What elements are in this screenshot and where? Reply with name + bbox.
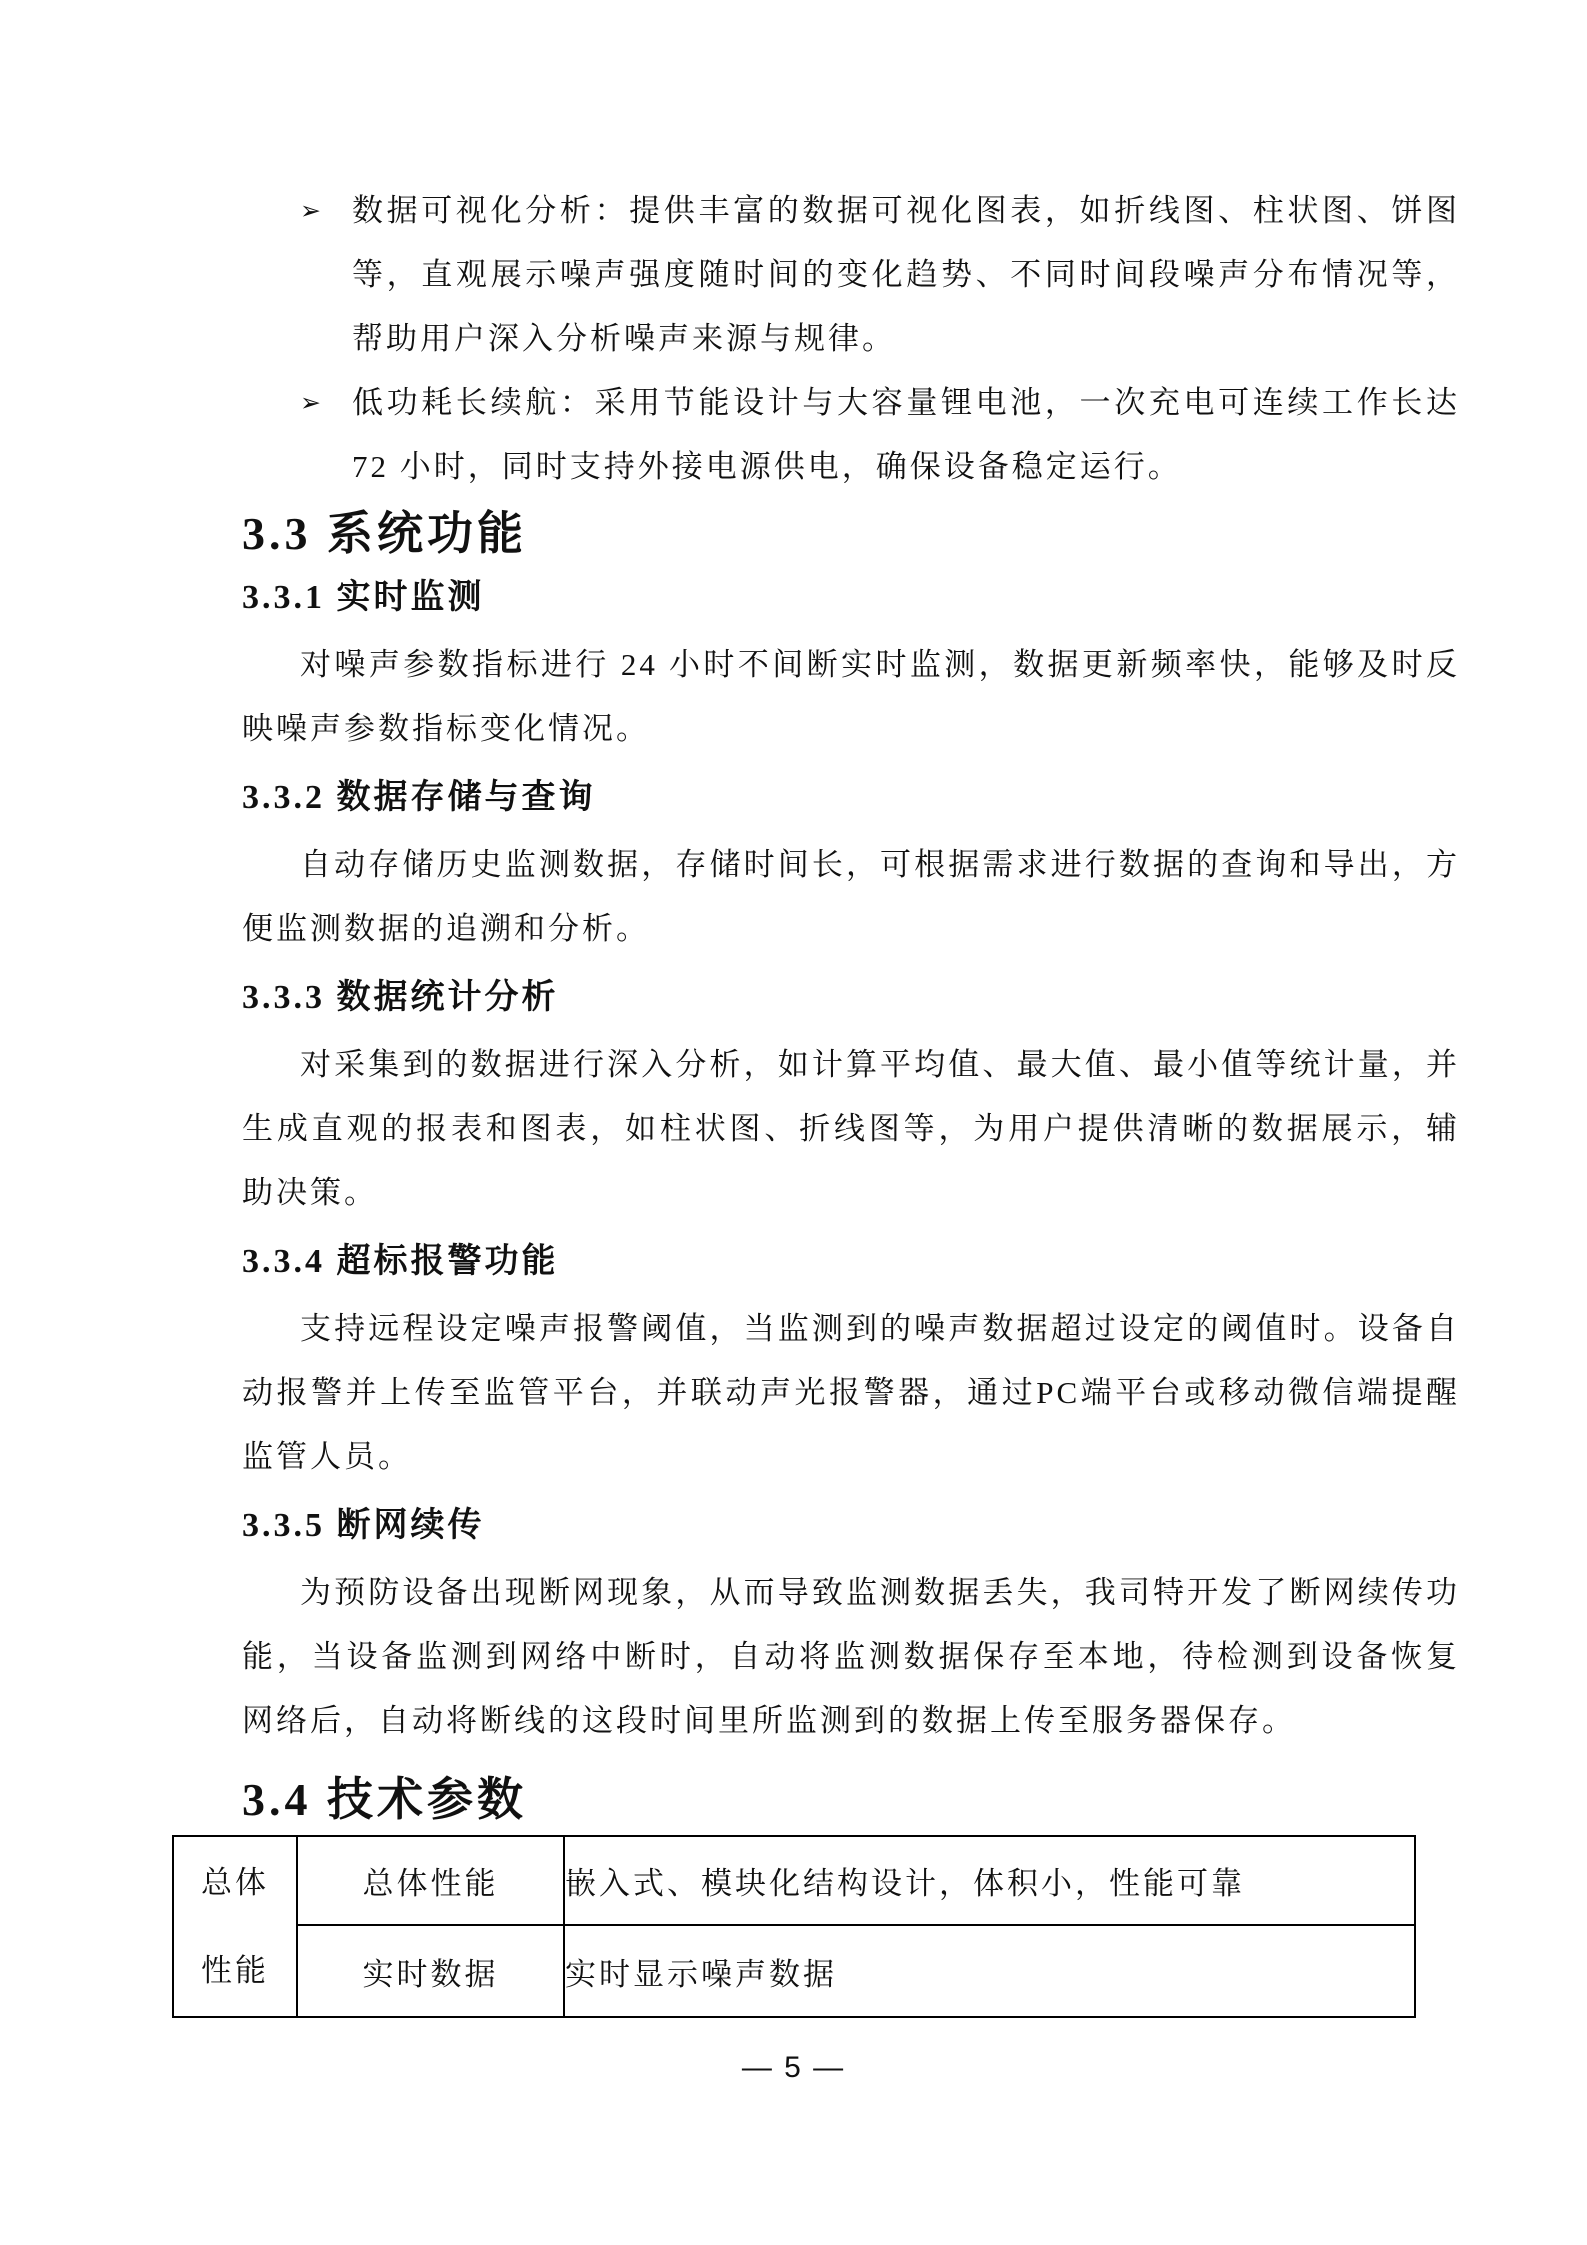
- list-item: ➢ 数据可视化分析：提供丰富的数据可视化图表，如折线图、柱状图、饼图等，直观展示…: [300, 179, 1460, 371]
- tech-params-table: 总体性能 总体性能 嵌入式、模块化结构设计，体积小，性能可靠 实时数据 实时显示…: [172, 1835, 1416, 2018]
- paragraph-3-3-3: 对采集到的数据进行深入分析，如计算平均值、最大值、最小值等统计量，并生成直观的报…: [242, 1033, 1460, 1225]
- bullet-text: 低功耗长续航：采用节能设计与大容量锂电池，一次充电可连续工作长达 72 小时，同…: [352, 371, 1460, 499]
- list-item: ➢ 低功耗长续航：采用节能设计与大容量锂电池，一次充电可连续工作长达 72 小时…: [300, 371, 1460, 499]
- table-value-cell: 嵌入式、模块化结构设计，体积小，性能可靠: [564, 1836, 1415, 1925]
- table-value-cell: 实时显示噪声数据: [564, 1925, 1415, 2017]
- bullet-text: 数据可视化分析：提供丰富的数据可视化图表，如折线图、柱状图、饼图等，直观展示噪声…: [352, 179, 1460, 371]
- paragraph-3-3-2: 自动存储历史监测数据，存储时间长，可根据需求进行数据的查询和导出，方便监测数据的…: [242, 833, 1460, 961]
- table-label-cell: 总体性能: [297, 1836, 564, 1925]
- arrow-bullet-icon: ➢: [300, 179, 352, 243]
- paragraph-3-3-1: 对噪声参数指标进行 24 小时不间断实时监测，数据更新频率快，能够及时反映噪声参…: [242, 633, 1460, 761]
- subsection-heading-3-3-4: 3.3.4 超标报警功能: [242, 1239, 1460, 1285]
- paragraph-3-3-4: 支持远程设定噪声报警阈值，当监测到的噪声数据超过设定的阈值时。设备自动报警并上传…: [242, 1297, 1460, 1489]
- table-label-cell: 实时数据: [297, 1925, 564, 2017]
- subsection-heading-3-3-1: 3.3.1 实时监测: [242, 575, 1460, 621]
- arrow-bullet-icon: ➢: [300, 371, 352, 435]
- page-content: ➢ 数据可视化分析：提供丰富的数据可视化图表，如折线图、柱状图、饼图等，直观展示…: [242, 179, 1460, 2018]
- table-row: 总体性能 总体性能 嵌入式、模块化结构设计，体积小，性能可靠: [173, 1836, 1415, 1925]
- section-heading-3-4: 3.4 技术参数: [242, 1773, 1460, 1827]
- paragraph-3-3-5: 为预防设备出现断网现象，从而导致监测数据丢失，我司特开发了断网续传功能，当设备监…: [242, 1561, 1460, 1753]
- table-group-label: 总体性能: [200, 1839, 270, 2015]
- table-group-cell: 总体性能: [173, 1836, 297, 2017]
- subsection-heading-3-3-2: 3.3.2 数据存储与查询: [242, 775, 1460, 821]
- subsection-heading-3-3-3: 3.3.3 数据统计分析: [242, 975, 1460, 1021]
- feature-bullet-list: ➢ 数据可视化分析：提供丰富的数据可视化图表，如折线图、柱状图、饼图等，直观展示…: [300, 179, 1460, 499]
- section-heading-3-3: 3.3 系统功能: [242, 507, 1460, 561]
- document-page: ➢ 数据可视化分析：提供丰富的数据可视化图表，如折线图、柱状图、饼图等，直观展示…: [0, 0, 1587, 2245]
- subsection-heading-3-3-5: 3.3.5 断网续传: [242, 1503, 1460, 1549]
- page-number: — 5 —: [0, 2051, 1587, 2085]
- table-row: 实时数据 实时显示噪声数据: [173, 1925, 1415, 2017]
